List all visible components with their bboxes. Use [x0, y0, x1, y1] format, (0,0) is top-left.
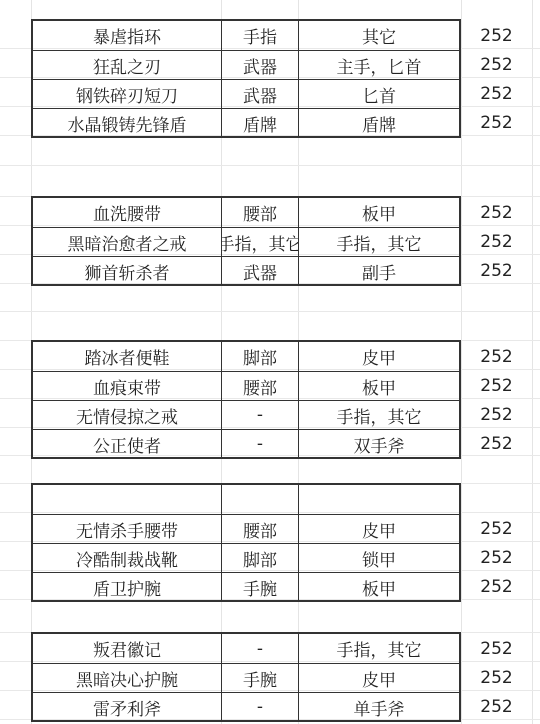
item-type-cell[interactable]: 其它 — [298, 21, 459, 50]
item-level-cell[interactable]: 252 — [461, 572, 532, 601]
table-row: 黑暗治愈者之戒手指，其它手指，其它 — [33, 227, 459, 256]
item-level-cell[interactable]: 252 — [461, 108, 532, 137]
item-level-cell[interactable]: 252 — [461, 663, 532, 692]
item-slot-cell[interactable]: 腰部 — [221, 515, 298, 543]
item-name-cell[interactable]: 踏冰者便鞋 — [33, 342, 221, 371]
item-name-cell[interactable]: 盾卫护腕 — [33, 573, 221, 601]
item-slot-cell[interactable]: 盾牌 — [221, 109, 298, 137]
item-slot-cell[interactable]: 脚部 — [221, 342, 298, 371]
item-level-cell[interactable]: 252 — [461, 50, 532, 79]
table-row — [33, 485, 459, 514]
item-type-cell[interactable]: 皮甲 — [298, 515, 459, 543]
item-name-cell[interactable]: 暴虐指环 — [33, 21, 221, 50]
item-level-cell[interactable]: 252 — [461, 371, 532, 400]
table-row: 冷酷制裁战靴脚部锁甲 — [33, 543, 459, 572]
item-name-cell[interactable]: 叛君徽记 — [33, 634, 221, 663]
item-slot-cell[interactable]: 手腕 — [221, 573, 298, 601]
table-row: 血洗腰带腰部板甲 — [33, 198, 459, 227]
item-slot-cell[interactable]: 腰部 — [221, 198, 298, 227]
item-slot-cell[interactable]: - — [221, 693, 298, 721]
table-row: 盾卫护腕手腕板甲 — [33, 572, 459, 601]
table-row: 无情侵掠之戒-手指，其它 — [33, 400, 459, 429]
item-type-cell[interactable]: 手指，其它 — [298, 228, 459, 256]
item-slot-cell[interactable]: 武器 — [221, 257, 298, 285]
item-name-cell[interactable]: 狂乱之刃 — [33, 51, 221, 79]
item-level-cell[interactable] — [461, 485, 532, 514]
item-slot-cell[interactable]: 手指，其它 — [221, 228, 298, 256]
item-table: 暴虐指环手指其它狂乱之刃武器主手，匕首钢铁碎刃短刀武器匕首水晶锻铸先锋盾盾牌盾牌 — [31, 19, 461, 138]
item-level-cell[interactable]: 252 — [461, 429, 532, 458]
item-level-cell[interactable]: 252 — [461, 400, 532, 429]
item-name-cell[interactable]: 水晶锻铸先锋盾 — [33, 109, 221, 137]
item-level-cell[interactable]: 252 — [461, 543, 532, 572]
item-type-cell[interactable] — [298, 485, 459, 514]
item-type-cell[interactable]: 皮甲 — [298, 342, 459, 371]
table-row: 叛君徽记-手指，其它 — [33, 634, 459, 663]
item-level-cell[interactable]: 252 — [461, 342, 532, 371]
item-type-cell[interactable]: 手指，其它 — [298, 401, 459, 429]
item-level-cell[interactable]: 252 — [461, 256, 532, 285]
table-row: 水晶锻铸先锋盾盾牌盾牌 — [33, 108, 459, 137]
item-table: 血洗腰带腰部板甲黑暗治愈者之戒手指，其它手指，其它狮首斩杀者武器副手 — [31, 196, 461, 286]
item-type-cell[interactable]: 副手 — [298, 257, 459, 285]
item-slot-cell[interactable]: - — [221, 634, 298, 663]
item-slot-cell[interactable]: - — [221, 401, 298, 429]
item-level-cell[interactable]: 252 — [461, 514, 532, 543]
item-slot-cell[interactable]: 手腕 — [221, 664, 298, 692]
item-name-cell[interactable]: 狮首斩杀者 — [33, 257, 221, 285]
gridline — [0, 311, 540, 312]
item-slot-cell[interactable]: 武器 — [221, 51, 298, 79]
item-level-cell[interactable]: 252 — [461, 198, 532, 227]
item-name-cell[interactable]: 血痕束带 — [33, 372, 221, 400]
item-level-cell[interactable]: 252 — [461, 21, 532, 50]
item-table: 叛君徽记-手指，其它黑暗决心护腕手腕皮甲雷矛利斧-单手斧 — [31, 632, 461, 722]
item-type-cell[interactable]: 板甲 — [298, 372, 459, 400]
item-level-cell[interactable]: 252 — [461, 227, 532, 256]
table-row: 无情杀手腰带腰部皮甲 — [33, 514, 459, 543]
item-name-cell[interactable]: 无情侵掠之戒 — [33, 401, 221, 429]
item-name-cell[interactable]: 血洗腰带 — [33, 198, 221, 227]
item-name-cell[interactable]: 公正使者 — [33, 430, 221, 458]
table-row: 雷矛利斧-单手斧 — [33, 692, 459, 721]
item-name-cell[interactable]: 钢铁碎刃短刀 — [33, 80, 221, 108]
item-level-cell[interactable]: 252 — [461, 79, 532, 108]
table-row: 狮首斩杀者武器副手 — [33, 256, 459, 285]
item-slot-cell[interactable] — [221, 485, 298, 514]
item-slot-cell[interactable]: 腰部 — [221, 372, 298, 400]
item-type-cell[interactable]: 皮甲 — [298, 664, 459, 692]
item-type-cell[interactable]: 匕首 — [298, 80, 459, 108]
table-row: 狂乱之刃武器主手，匕首 — [33, 50, 459, 79]
item-slot-cell[interactable]: - — [221, 430, 298, 458]
item-table: 踏冰者便鞋脚部皮甲血痕束带腰部板甲无情侵掠之戒-手指，其它公正使者-双手斧 — [31, 340, 461, 459]
gridline — [0, 165, 540, 166]
item-type-cell[interactable]: 主手，匕首 — [298, 51, 459, 79]
item-slot-cell[interactable]: 手指 — [221, 21, 298, 50]
item-level-cell[interactable]: 252 — [461, 634, 532, 663]
table-row: 钢铁碎刃短刀武器匕首 — [33, 79, 459, 108]
table-row: 暴虐指环手指其它 — [33, 21, 459, 50]
item-name-cell[interactable]: 雷矛利斧 — [33, 693, 221, 721]
item-slot-cell[interactable]: 武器 — [221, 80, 298, 108]
table-row: 黑暗决心护腕手腕皮甲 — [33, 663, 459, 692]
item-slot-cell[interactable]: 脚部 — [221, 544, 298, 572]
item-type-cell[interactable]: 盾牌 — [298, 109, 459, 137]
item-name-cell[interactable]: 黑暗决心护腕 — [33, 664, 221, 692]
item-name-cell[interactable] — [33, 485, 221, 514]
item-type-cell[interactable]: 手指，其它 — [298, 634, 459, 663]
item-type-cell[interactable]: 板甲 — [298, 198, 459, 227]
item-name-cell[interactable]: 冷酷制裁战靴 — [33, 544, 221, 572]
item-type-cell[interactable]: 双手斧 — [298, 430, 459, 458]
item-name-cell[interactable]: 黑暗治愈者之戒 — [33, 228, 221, 256]
table-row: 踏冰者便鞋脚部皮甲 — [33, 342, 459, 371]
item-type-cell[interactable]: 板甲 — [298, 573, 459, 601]
table-row: 血痕束带腰部板甲 — [33, 371, 459, 400]
item-type-cell[interactable]: 锁甲 — [298, 544, 459, 572]
item-level-cell[interactable]: 252 — [461, 692, 532, 721]
item-table: 无情杀手腰带腰部皮甲冷酷制裁战靴脚部锁甲盾卫护腕手腕板甲 — [31, 483, 461, 602]
gridline — [532, 0, 533, 724]
item-name-cell[interactable]: 无情杀手腰带 — [33, 515, 221, 543]
item-type-cell[interactable]: 单手斧 — [298, 693, 459, 721]
table-row: 公正使者-双手斧 — [33, 429, 459, 458]
